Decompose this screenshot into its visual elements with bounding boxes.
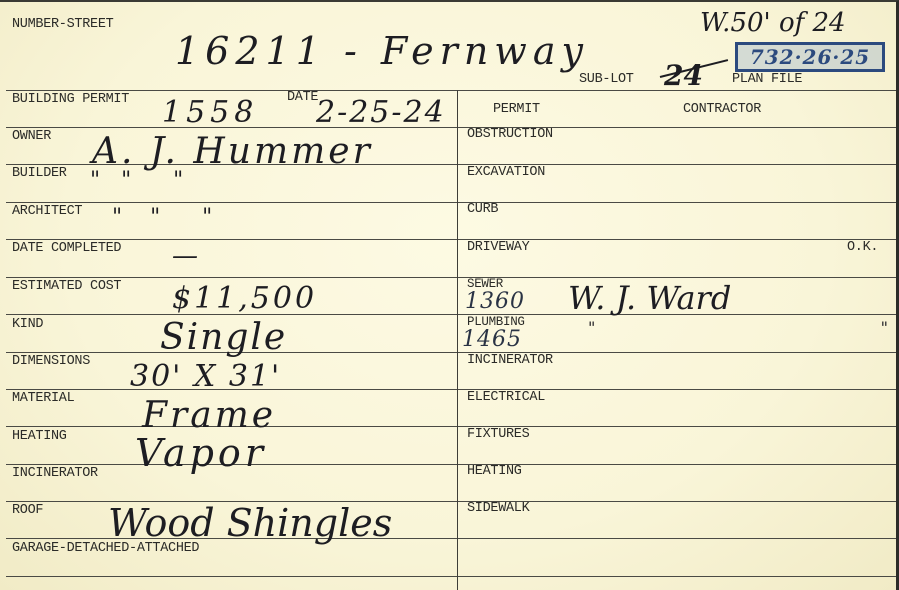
builder-label: BUILDER [12, 167, 67, 181]
builder-value: " " " [90, 170, 183, 192]
excavation-label: EXCAVATION [467, 166, 545, 180]
sidewalk-label: SIDEWALK [467, 502, 529, 516]
kind-value: Single [160, 320, 287, 356]
owner-label: OWNER [12, 130, 51, 144]
plan-file-label: PLAN FILE [732, 73, 802, 87]
dimensions-label: DIMENSIONS [12, 355, 90, 369]
curb-label: CURB [467, 203, 498, 217]
row-divider [6, 576, 896, 577]
row-divider [6, 426, 896, 427]
electrical-label: ELECTRICAL [467, 391, 545, 405]
date-completed-label: DATE COMPLETED [12, 242, 121, 256]
owner-value: A. J. Hummer [92, 134, 373, 170]
heating-value: Vapor [135, 434, 267, 472]
building-permit-card: NUMBER-STREET 16211 - Fernway W.50' of 2… [0, 0, 899, 590]
row-divider [6, 127, 896, 128]
row-divider [6, 314, 896, 315]
material-label: MATERIAL [12, 392, 74, 406]
number-street-value: 16211 - Fernway [175, 32, 589, 70]
incinerator-permit-label: INCINERATOR [467, 354, 553, 368]
lot-note: W.50' of 24 [700, 10, 846, 36]
row-divider [6, 239, 896, 240]
permit-column-header: PERMIT [493, 103, 540, 117]
plan-file-stamp: 732·26·25 [735, 42, 885, 72]
row-divider [6, 90, 896, 91]
fixtures-label: FIXTURES [467, 428, 529, 442]
material-value: Frame [142, 398, 276, 434]
architect-label: ARCHITECT [12, 205, 82, 219]
incinerator-label: INCINERATOR [12, 467, 98, 481]
driveway-status: O.K. [847, 241, 878, 255]
number-street-label: NUMBER-STREET [12, 18, 113, 32]
heating-label: HEATING [12, 430, 67, 444]
roof-value: Wood Shingles [108, 504, 392, 542]
building-permit-label: BUILDING PERMIT [12, 93, 129, 107]
roof-label: ROOF [12, 504, 43, 518]
sub-lot-label: SUB-LOT [579, 73, 634, 87]
plumbing-permit-number: 1465 [462, 329, 522, 351]
column-divider [457, 90, 458, 590]
contractor-column-header: CONTRACTOR [683, 103, 761, 117]
row-divider [6, 277, 896, 278]
row-divider [6, 202, 896, 203]
estimated-cost-label: ESTIMATED COST [12, 280, 121, 294]
obstruction-label: OBSTRUCTION [467, 128, 553, 142]
building-permit-value: 1558 [162, 98, 258, 128]
date-label: DATE [287, 91, 318, 105]
row-divider [6, 352, 896, 353]
plumbing-contractor: " " [588, 320, 888, 336]
architect-value: " " " [112, 207, 212, 229]
dimensions-value: 30' X 31' [130, 362, 281, 392]
estimated-cost-value: $11,500 [172, 284, 317, 314]
kind-label: KIND [12, 318, 43, 332]
driveway-label: DRIVEWAY [467, 241, 529, 255]
date-value: 2-25-24 [316, 98, 446, 128]
sewer-permit-number: 1360 [465, 291, 525, 313]
heating-permit-label: HEATING [467, 465, 522, 479]
date-completed-value: — [172, 243, 198, 269]
sewer-contractor: W. J. Ward [568, 282, 731, 314]
